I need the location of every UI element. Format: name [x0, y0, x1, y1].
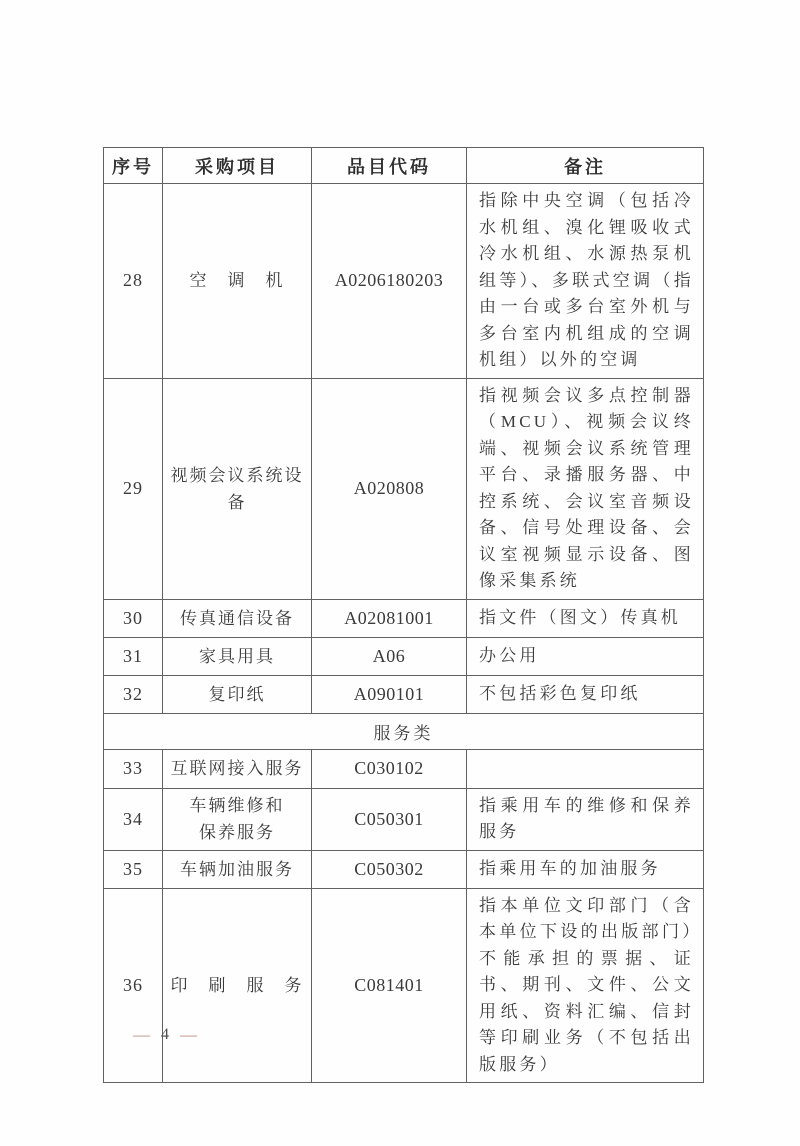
- cell-seq: 31: [104, 637, 163, 675]
- cell-item: 视频会议系统设备: [163, 378, 312, 599]
- section-label: 服务类: [104, 713, 704, 749]
- cell-seq: 33: [104, 749, 163, 788]
- cell-code: A0206180203: [312, 184, 467, 379]
- section-divider-row: 服务类: [104, 713, 704, 749]
- table-row-32: 32 复印纸 A090101 不包括彩色复印纸: [104, 675, 704, 713]
- cell-seq: 35: [104, 850, 163, 888]
- cell-item: 车辆加油服务: [163, 850, 312, 888]
- cell-code: C030102: [312, 749, 467, 788]
- cell-item: 车辆维修和 保养服务: [163, 788, 312, 850]
- document-page: 序号 采购项目 品目代码 备注 28 空 调 机 A0206180203 指除中…: [0, 0, 800, 1146]
- column-header-code: 品目代码: [312, 148, 467, 184]
- cell-code: A020808: [312, 378, 467, 599]
- cell-item: 互联网接入服务: [163, 749, 312, 788]
- table-row-30: 30 传真通信设备 A02081001 指文件（图文）传真机: [104, 599, 704, 637]
- cell-seq: 28: [104, 184, 163, 379]
- column-header-note: 备注: [467, 148, 704, 184]
- cell-note: 指本单位文印部门（含本单位下设的出版部门）不能承担的票据、证书、期刊、文件、公文…: [467, 888, 704, 1083]
- cell-seq: 30: [104, 599, 163, 637]
- cell-note: [467, 749, 704, 788]
- cell-seq: 32: [104, 675, 163, 713]
- cell-code: C081401: [312, 888, 467, 1083]
- footer-dash-right: —: [180, 1025, 197, 1045]
- cell-item: 空 调 机: [163, 184, 312, 379]
- table-row-35: 35 车辆加油服务 C050302 指乘用车的加油服务: [104, 850, 704, 888]
- cell-note: 指文件（图文）传真机: [467, 599, 704, 637]
- table-row-29: 29 视频会议系统设备 A020808 指视频会议多点控制器（MCU）、视频会议…: [104, 378, 704, 599]
- cell-item: 传真通信设备: [163, 599, 312, 637]
- procurement-items-table: 序号 采购项目 品目代码 备注 28 空 调 机 A0206180203 指除中…: [103, 147, 704, 1083]
- column-header-seq: 序号: [104, 148, 163, 184]
- page-number: 4: [161, 1026, 169, 1044]
- footer-dash-left: —: [133, 1025, 150, 1045]
- table-row-36: 36 印 刷 服 务 C081401 指本单位文印部门（含本单位下设的出版部门）…: [104, 888, 704, 1083]
- cell-note: 指除中央空调（包括冷水机组、溴化锂吸收式冷水机组、水源热泵机组等）、多联式空调（…: [467, 184, 704, 379]
- table-header-row: 序号 采购项目 品目代码 备注: [104, 148, 704, 184]
- page-footer: — 4 —: [133, 1025, 197, 1045]
- cell-item: 家具用具: [163, 637, 312, 675]
- column-header-item: 采购项目: [163, 148, 312, 184]
- table-row-28: 28 空 调 机 A0206180203 指除中央空调（包括冷水机组、溴化锂吸收…: [104, 184, 704, 379]
- cell-code: A02081001: [312, 599, 467, 637]
- cell-note: 指乘用车的加油服务: [467, 850, 704, 888]
- cell-note: 指乘用车的维修和保养服务: [467, 788, 704, 850]
- cell-seq: 29: [104, 378, 163, 599]
- cell-note: 不包括彩色复印纸: [467, 675, 704, 713]
- cell-seq: 36: [104, 888, 163, 1083]
- table-row-33: 33 互联网接入服务 C030102: [104, 749, 704, 788]
- cell-code: A090101: [312, 675, 467, 713]
- cell-item: 复印纸: [163, 675, 312, 713]
- cell-code: C050302: [312, 850, 467, 888]
- cell-note: 办公用: [467, 637, 704, 675]
- cell-seq: 34: [104, 788, 163, 850]
- table-row-31: 31 家具用具 A06 办公用: [104, 637, 704, 675]
- table-row-34: 34 车辆维修和 保养服务 C050301 指乘用车的维修和保养服务: [104, 788, 704, 850]
- cell-code: A06: [312, 637, 467, 675]
- cell-item: 印 刷 服 务: [163, 888, 312, 1083]
- cell-code: C050301: [312, 788, 467, 850]
- cell-note: 指视频会议多点控制器（MCU）、视频会议终端、视频会议系统管理平台、录播服务器、…: [467, 378, 704, 599]
